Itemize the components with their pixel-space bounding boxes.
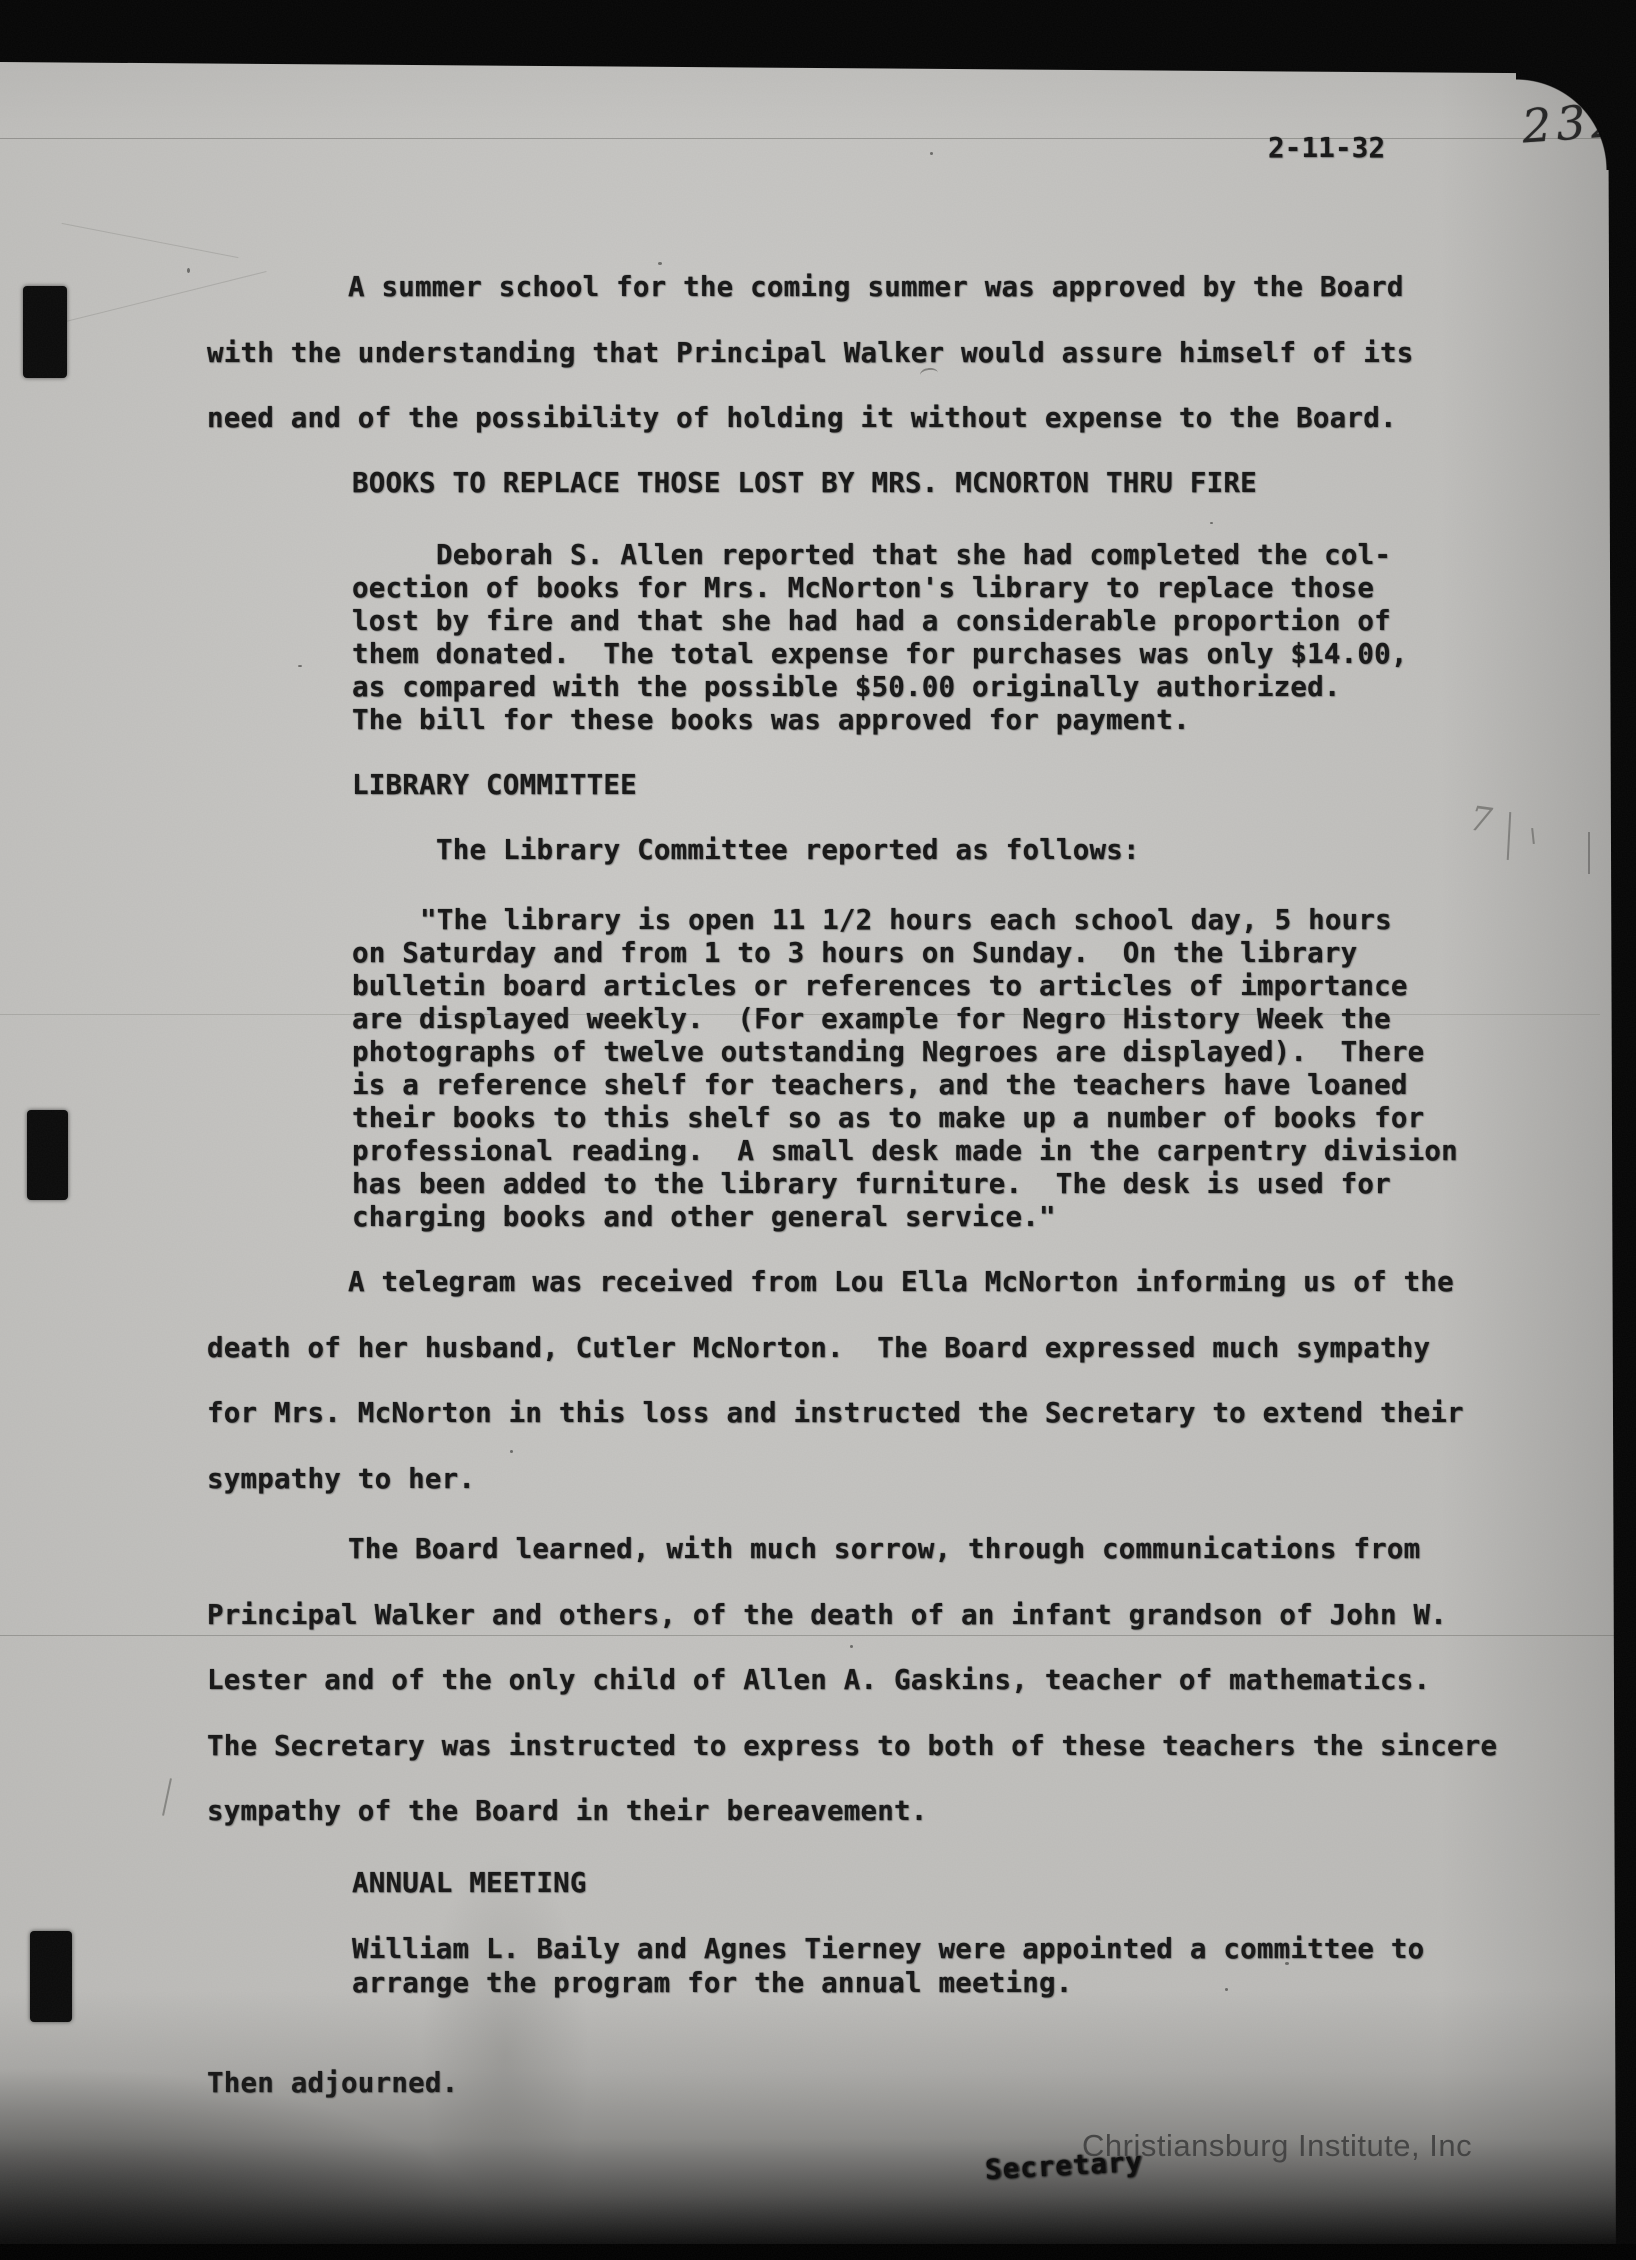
text-line: need and of the possibility of holding i… xyxy=(207,386,1413,452)
scratch-mark xyxy=(62,223,239,258)
scan-border-right xyxy=(1608,0,1636,2260)
text-line: is a reference shelf for teachers, and t… xyxy=(352,1069,1458,1102)
section-heading-annual-meeting: ANNUAL MEETING xyxy=(352,1867,587,1900)
dust-speck xyxy=(1210,522,1213,524)
paragraph-condolences: The Board learned, with much sorrow, thr… xyxy=(207,1517,1497,1845)
paragraph-library-quote: "The library is open 11 1/2 hours each s… xyxy=(352,904,1458,1234)
text-line: has been added to the library furniture.… xyxy=(352,1168,1458,1201)
binding-tab xyxy=(30,1931,72,2022)
text-line: their books to this shelf so as to make … xyxy=(352,1102,1458,1135)
text-line: as compared with the possible $50.00 ori… xyxy=(352,671,1408,704)
text-line: A telegram was received from Lou Ella Mc… xyxy=(348,1250,1464,1316)
text-line: lost by fire and that she had had a cons… xyxy=(352,605,1408,638)
typed-date: 2-11-32 xyxy=(1268,132,1385,165)
text-line: for Mrs. McNorton in this loss and instr… xyxy=(207,1381,1464,1447)
pencil-scribble xyxy=(1507,812,1512,860)
dust-speck xyxy=(187,268,190,273)
pencil-scribble xyxy=(1531,828,1535,844)
section-heading-library-committee: LIBRARY COMMITTEE xyxy=(352,769,637,802)
text-line: arrange the program for the annual meeti… xyxy=(352,1966,1424,2000)
text-line: William L. Baily and Agnes Tierney were … xyxy=(352,1932,1424,1966)
scan-border-bottom xyxy=(0,2244,1636,2260)
text-line: sympathy of the Board in their bereaveme… xyxy=(207,1779,1497,1845)
pencil-scribble: 7 xyxy=(1467,799,1494,842)
pencil-slash-mark xyxy=(162,1778,172,1816)
text-line: oection of books for Mrs. McNorton's lib… xyxy=(352,572,1408,605)
paragraph-telegram: A telegram was received from Lou Ella Mc… xyxy=(207,1250,1464,1512)
scanned-minutes-page: 2-11-32 232 A summer school for the comi… xyxy=(0,0,1636,2260)
text-line: professional reading. A small desk made … xyxy=(352,1135,1458,1168)
dust-speck xyxy=(930,152,933,155)
scan-smudge-streak xyxy=(420,1850,590,2260)
binding-tab xyxy=(23,286,67,378)
scan-border-top xyxy=(0,0,1636,80)
paragraph-adjourned: Then adjourned. xyxy=(207,2067,458,2100)
text-line: Principal Walker and others, of the deat… xyxy=(207,1583,1497,1649)
text-line: with the understanding that Principal Wa… xyxy=(207,321,1413,387)
scan-corner-top-right xyxy=(1516,70,1610,170)
dust-speck xyxy=(298,665,302,667)
section-heading-books: BOOKS TO REPLACE THOSE LOST BY MRS. MCNO… xyxy=(352,467,1257,500)
text-line: "The library is open 11 1/2 hours each s… xyxy=(420,904,1458,937)
text-line: The bill for these books was approved fo… xyxy=(352,704,1408,737)
text-line: The Secretary was instructed to express … xyxy=(207,1714,1497,1780)
text-line: death of her husband, Cutler McNorton. T… xyxy=(207,1316,1464,1382)
text-line: bulletin board articles or references to… xyxy=(352,970,1458,1003)
binding-tab xyxy=(27,1110,68,1200)
text-line: Lester and of the only child of Allen A.… xyxy=(207,1648,1497,1714)
paragraph-annual-meeting: William L. Baily and Agnes Tierney were … xyxy=(352,1932,1424,2000)
text-line: them donated. The total expense for purc… xyxy=(352,638,1408,671)
text-line: on Saturday and from 1 to 3 hours on Sun… xyxy=(352,937,1458,970)
text-line: are displayed weekly. (For example for N… xyxy=(352,1003,1458,1036)
bottom-scan-shadow xyxy=(0,1990,1636,2260)
text-line: charging books and other general service… xyxy=(352,1201,1458,1234)
text-line: A summer school for the coming summer wa… xyxy=(348,255,1413,321)
pencil-scribble xyxy=(1588,832,1590,874)
text-line: Deborah S. Allen reported that she had c… xyxy=(436,539,1408,572)
paragraph-books-report: Deborah S. Allen reported that she had c… xyxy=(352,539,1408,737)
text-line: sympathy to her. xyxy=(207,1447,1464,1513)
archive-watermark: Christiansburg Institute, Inc xyxy=(1082,2128,1472,2164)
paragraph-summer-school: A summer school for the coming summer wa… xyxy=(207,255,1413,452)
text-line: The Board learned, with much sorrow, thr… xyxy=(348,1517,1497,1583)
paragraph-library-intro: The Library Committee reported as follow… xyxy=(436,834,1140,867)
text-line: photographs of twelve outstanding Negroe… xyxy=(352,1036,1458,1069)
